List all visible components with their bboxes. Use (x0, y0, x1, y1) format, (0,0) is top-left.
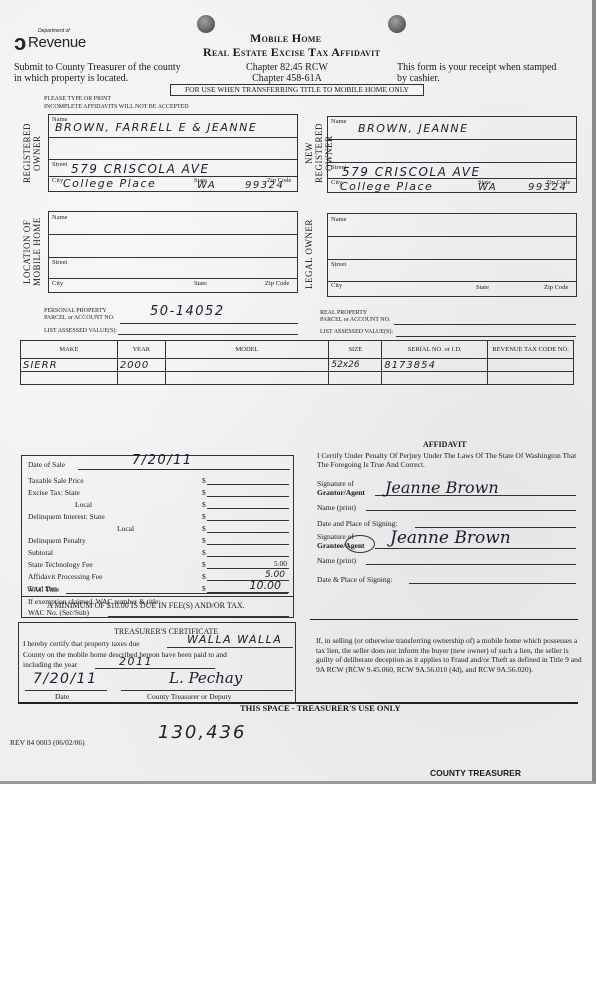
location-box: Name Street City State Zip Code (48, 211, 298, 293)
affidavit-certify-text: I Certify Under Penalty Of Perjury Under… (317, 451, 577, 469)
col-serial: SERIAL NO. or I.D. (382, 341, 488, 359)
real-label-1: REAL PROPERTY (320, 310, 390, 317)
real-assessed-line[interactable] (396, 328, 576, 337)
incomplete-notice: INCOMPLETE AFFIDAVITS WILL NOT BE ACCEPT… (44, 104, 189, 112)
cell-year[interactable]: 2000 (117, 359, 165, 372)
chapter-rcw: Chapter 82.45 RCW (242, 62, 332, 73)
registered-owner-street[interactable]: 579 CRISCOLA AVE (71, 162, 210, 176)
street-label: Street (52, 259, 67, 266)
punch-hole-left (197, 15, 215, 33)
minimum-notice: A MINIMUM OF $10.00 IS DUE IN FEE(S) AND… (47, 601, 245, 610)
new-owner-box: Name BROWN, JEANNE Street 579 CRISCOLA A… (327, 116, 577, 193)
new-owner-state[interactable]: WA (478, 182, 497, 193)
cert-signer-label: County Treasurer or Deputy (147, 692, 231, 701)
new-owner-zip[interactable]: 99324 (528, 182, 567, 193)
cell-serial[interactable]: 8173854 (382, 359, 488, 372)
grantor-name-input[interactable] (366, 501, 576, 511)
year-input[interactable] (95, 659, 215, 669)
legal-owner-box: Name Street City State Zip Code (327, 213, 577, 297)
personal-assessed-line[interactable] (118, 326, 298, 335)
treasurer-use-only: THIS SPACE - TREASURER'S USE ONLY (240, 703, 401, 713)
cert-date-label: Date (55, 692, 69, 701)
new-owner-city[interactable]: College Place (340, 180, 433, 193)
grantor-signature-label: Signature of Grantor/Agent (317, 479, 365, 497)
name-label: Name (331, 118, 347, 125)
county-treasurer-stamp: COUNTY TREASURER (430, 768, 521, 778)
sig-label-2: Grantor/Agent (317, 488, 365, 497)
city-label: City (52, 177, 63, 184)
street-label: Street (52, 161, 67, 168)
real-property-label: REAL PROPERTY PARCEL or ACCOUNT NO. (320, 310, 390, 324)
registered-owner-zip[interactable]: 99324 (245, 180, 284, 191)
receipt-line-1: This form is your receipt when stamped (397, 62, 577, 73)
wac-title-label: WAC Title (27, 585, 59, 594)
grantor-name-label: Name (print) (317, 503, 356, 512)
submit-line-2: in which property is located. (14, 73, 194, 84)
cell-tax-code[interactable] (488, 372, 574, 385)
cell-tax-code[interactable] (488, 359, 574, 372)
cert-line-3: including the year (23, 660, 77, 669)
agent-circle-mark (345, 535, 375, 553)
form-number: REV 84 0003 (06/02/06) (10, 738, 85, 747)
please-type-text: PLEASE TYPE OR PRINT (44, 96, 189, 104)
grantor-date-input[interactable] (415, 518, 576, 528)
cell-serial[interactable] (382, 372, 488, 385)
print-instructions: PLEASE TYPE OR PRINT INCOMPLETE AFFIDAVI… (44, 96, 189, 111)
personal-parcel-value[interactable]: 50-14052 (150, 304, 225, 319)
new-owner-label: NEW REGISTERED OWNER (304, 113, 328, 193)
city-label: City (331, 282, 342, 289)
receipt-note: This form is your receipt when stamped b… (397, 62, 577, 84)
zip-label: Zip Code (544, 284, 568, 291)
registered-owner-name[interactable]: BROWN, FARRELL E & JEANNE (55, 121, 257, 134)
dor-logo: ↄ Department of Revenue (14, 26, 94, 52)
personal-assessed-label: LIST ASSESSED VALUE(S): (44, 328, 117, 335)
cell-make[interactable] (21, 372, 118, 385)
personal-label-1: PERSONAL PROPERTY (44, 308, 114, 315)
real-parcel-line[interactable] (394, 315, 576, 325)
cell-model[interactable] (165, 372, 329, 385)
personal-label-2: PARCEL or ACCOUNT NO. (44, 315, 114, 322)
col-make: MAKE (21, 341, 118, 359)
treasurer-signature: L. Pechay (169, 669, 242, 687)
punch-hole-right (388, 15, 406, 33)
city-label: City (52, 280, 63, 287)
county-value[interactable]: WALLA WALLA (187, 633, 282, 646)
street-label: Street (331, 261, 346, 268)
mobile-home-table: MAKE YEAR MODEL SIZE SERIAL NO. or I.D. … (20, 340, 574, 385)
new-owner-name[interactable]: BROWN, JEANNE (358, 122, 469, 135)
cell-model[interactable] (165, 359, 329, 372)
cell-size[interactable] (329, 372, 382, 385)
new-owner-street[interactable]: 579 CRISCOLA AVE (342, 165, 481, 179)
cert-line-1: I hereby certify that property taxes due (23, 639, 140, 648)
cell-size[interactable]: 52x26 (329, 359, 382, 372)
for-use-banner: FOR USE WHEN TRANSFERRING TITLE TO MOBIL… (170, 84, 424, 96)
grantee-date-label: Date & Place of Signing: (317, 575, 392, 584)
col-model: MODEL (165, 341, 329, 359)
tax-lien-warning: If, in selling (or otherwise transferrin… (316, 636, 582, 674)
grantee-date-input[interactable] (409, 574, 576, 584)
grantee-signature: Jeanne Brown (390, 528, 511, 548)
cell-year[interactable] (117, 372, 165, 385)
wac-title-input[interactable] (66, 584, 288, 594)
name-label: Name (331, 216, 347, 223)
cert-date-value[interactable]: 7/20/11 (33, 671, 97, 687)
form-title-line2: Real Estate Excise Tax Affidavit (203, 45, 380, 60)
legal-owner-label: LEGAL OWNER (304, 212, 328, 296)
affidavit-form-page: ↄ Department of Revenue Mobile Home Real… (0, 0, 596, 784)
registered-owner-box: Name BROWN, FARRELL E & JEANNE Street 57… (48, 114, 298, 192)
grantor-signature: Jeanne Brown (385, 478, 499, 497)
sig-label-1: Signature of (317, 479, 365, 488)
divider (21, 596, 294, 597)
receipt-line-2: by cashier. (397, 73, 577, 84)
name-label: Name (52, 214, 68, 221)
grantor-date-label: Date and Place of Signing: (317, 519, 397, 528)
zip-label: Zip Code (265, 280, 289, 287)
registered-owner-city[interactable]: College Place (63, 177, 156, 190)
col-year: YEAR (117, 341, 165, 359)
warning-top-rule (310, 619, 578, 620)
real-label-2: PARCEL or ACCOUNT NO. (320, 317, 390, 324)
table-row (21, 372, 574, 385)
personal-property-label: PERSONAL PROPERTY PARCEL or ACCOUNT NO. (44, 308, 114, 322)
registered-owner-state[interactable]: WA (197, 180, 216, 191)
registered-owner-label: REGISTERED OWNER (22, 113, 46, 193)
treasurer-certificate-box: TREASURER'S CERTIFICATE I hereby certify… (18, 622, 296, 704)
form-title-line1: Mobile Home (250, 31, 321, 46)
grantee-name-input[interactable] (366, 555, 576, 565)
col-size: SIZE (329, 341, 382, 359)
grantee-name-label: Name (print) (317, 556, 356, 565)
year-value[interactable]: 2011 (119, 655, 153, 668)
col-tax-code: REVENUE TAX CODE NO. (488, 341, 574, 359)
submit-instructions: Submit to County Treasurer of the county… (14, 62, 194, 84)
affidavit-title: AFFIDAVIT (423, 440, 466, 449)
logo-revenue: Revenue (28, 34, 86, 51)
table-header-row: MAKE YEAR MODEL SIZE SERIAL NO. or I.D. … (21, 341, 574, 359)
state-label: State (476, 284, 489, 291)
location-label: LOCATION OF MOBILE HOME (22, 210, 46, 294)
logo-swirl-icon: ↄ (14, 32, 26, 54)
handwritten-receipt-number: 130,436 (158, 722, 246, 743)
submit-line-1: Submit to County Treasurer of the county (14, 62, 194, 73)
cell-make[interactable]: SIERR (21, 359, 118, 372)
state-label: State (194, 280, 207, 287)
table-row: SIERR 2000 52x26 8173854 (21, 359, 574, 372)
real-assessed-label: LIST ASSESSED VALUE(S): (320, 329, 393, 336)
